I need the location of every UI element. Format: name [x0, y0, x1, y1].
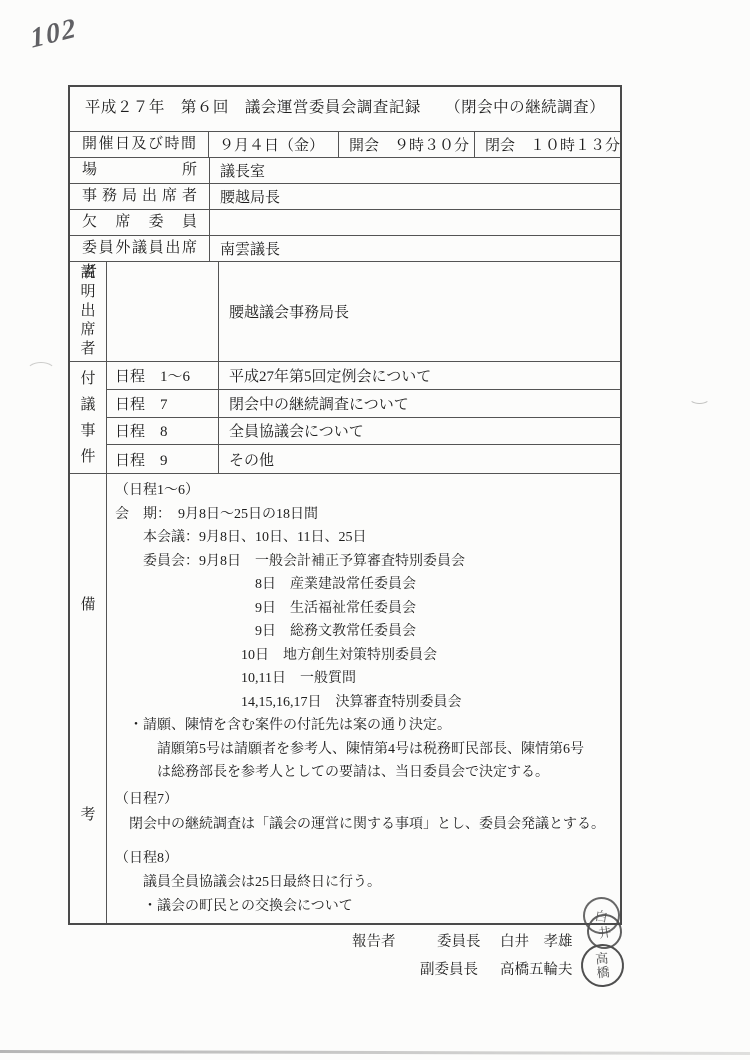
vice-chair-hanko-stamp: 高 橋	[579, 942, 626, 989]
agenda-row: 日程 8 全員協議会について	[107, 418, 620, 446]
scan-edge-artifact	[0, 1050, 750, 1055]
agenda-item-title: 平成27年第5回定例会について	[219, 362, 620, 389]
agenda-item-no: 日程 8	[107, 418, 219, 445]
document-title: 平成２７年 第６回 議会運営委員会調査記録 （閉会中の継続調査）	[70, 87, 620, 131]
place-value: 議長室	[210, 158, 620, 183]
remarks-label-top-char: 備	[80, 593, 95, 614]
agenda-row: 日程 1～6 平成27年第5回定例会について	[107, 362, 620, 390]
open-time: 開会 ９時３０分	[339, 132, 475, 157]
pencil-arc-mark	[689, 392, 710, 404]
title-row: 平成２７年 第６回 議会運営委員会調査記録 （閉会中の継続調査）	[70, 87, 620, 132]
secretariat-row: 事務局出席者 腰越局長	[70, 184, 620, 210]
datetime-row: 開催日及び時間 ９月４日（金） 開会 ９時３０分 閉会 １０時１３分	[70, 132, 620, 158]
place-row: 場所 議長室	[70, 158, 620, 184]
agenda-label: 付 議 事 件	[70, 362, 107, 473]
explainers-row: 説 明 出 席 者 腰越議会事務局長	[70, 262, 620, 362]
meeting-date: ９月４日（金）	[209, 132, 339, 157]
agenda-rows: 日程 1～6 平成27年第5回定例会について 日程 7 閉会中の継続調査について…	[107, 362, 620, 473]
outside-members-value: 南雲議長	[210, 236, 620, 261]
reporter-label: 報告者	[352, 930, 396, 951]
agenda-item-no: 日程 1～6	[107, 362, 219, 389]
scanned-document-page: 102 平成２７年 第６回 議会運営委員会調査記録 （閉会中の継続調査） 開催日…	[0, 0, 750, 1060]
explainers-value: 腰越議会事務局長	[219, 262, 620, 361]
handwritten-page-number: 102	[28, 12, 79, 55]
chair-name: 白井 孝雄	[500, 930, 573, 951]
absent-members-row: 欠席委員	[70, 210, 620, 236]
place-label: 場所	[70, 158, 210, 183]
secretariat-label: 事務局出席者	[70, 184, 210, 209]
absent-members-label: 欠席委員	[70, 210, 210, 235]
agenda-item-title: 閉会中の継続調査について	[219, 390, 620, 417]
remarks-section-agenda8: （日程8） 議員全員協議会は25日最終日に行う。 ・議会の町民との交換会について	[115, 847, 620, 919]
chair-title: 委員長	[437, 930, 481, 951]
agenda-item-title: 全員協議会について	[219, 418, 620, 445]
agenda-row: 日程 7 閉会中の継続調査について	[107, 390, 620, 418]
remarks-label: 備 考	[70, 474, 107, 923]
absent-members-value	[210, 210, 620, 235]
pencil-arc-mark	[26, 362, 56, 382]
remarks-section-agenda1-6: （日程1～6） 会 期： 9月8日～25日の18日間 本会議：9月8日、10日、…	[115, 479, 620, 785]
explainers-label: 説 明 出 席 者	[70, 262, 107, 361]
vice-chair-name: 高橋五輪夫	[500, 958, 573, 979]
datetime-label: 開催日及び時間	[70, 132, 209, 157]
meeting-record-table: 平成２７年 第６回 議会運営委員会調査記録 （閉会中の継続調査） 開催日及び時間…	[68, 85, 622, 925]
secretariat-value: 腰越局長	[210, 184, 620, 209]
outside-members-label: 委員外議員出席者	[70, 236, 210, 261]
agenda-item-no: 日程 9	[107, 445, 219, 473]
outside-members-row: 委員外議員出席者 南雲議長	[70, 236, 620, 262]
close-time: 閉会 １０時１３分	[475, 132, 620, 157]
agenda-item-no: 日程 7	[107, 390, 219, 417]
agenda-item-title: その他	[219, 445, 620, 473]
agenda-row: 日程 9 その他	[107, 445, 620, 473]
remarks-content: （日程1～6） 会 期： 9月8日～25日の18日間 本会議：9月8日、10日、…	[107, 474, 620, 923]
vice-chair-title: 副委員長	[420, 958, 478, 979]
explainers-empty-cell	[107, 262, 219, 361]
agenda-block: 付 議 事 件 日程 1～6 平成27年第5回定例会について 日程 7 閉会中の…	[70, 362, 620, 474]
remarks-section-agenda7: （日程7） 閉会中の継続調査は「議会の運営に関する事項」とし、委員会発議とする。	[115, 787, 620, 837]
remarks-block: 備 考 （日程1～6） 会 期： 9月8日～25日の18日間 本会議：9月8日、…	[70, 474, 620, 923]
remarks-label-bottom-char: 考	[80, 803, 95, 824]
